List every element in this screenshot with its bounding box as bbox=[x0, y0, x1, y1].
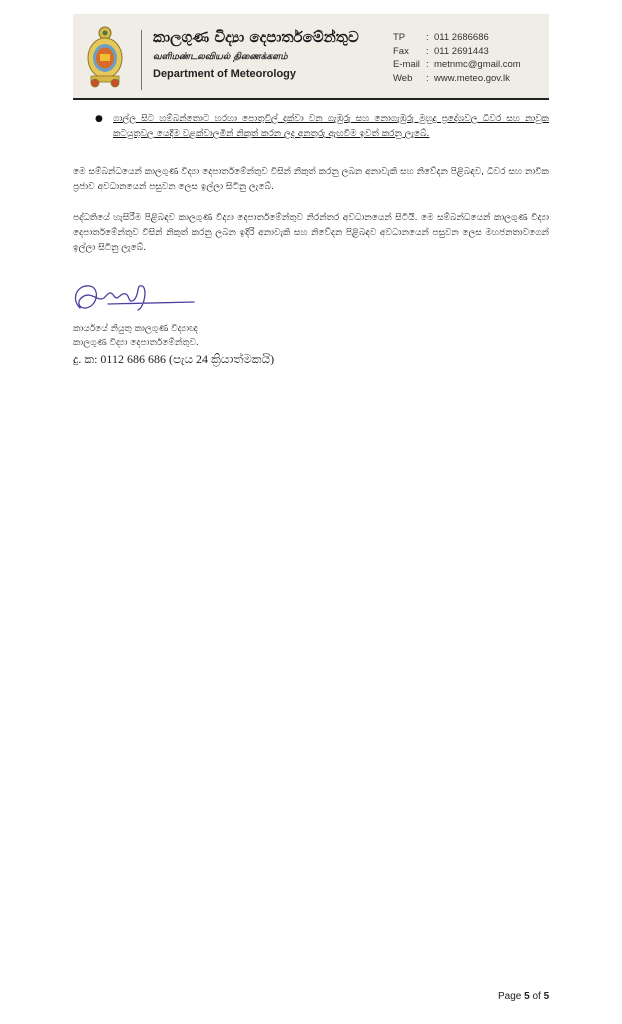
contact-label: Fax bbox=[393, 45, 426, 59]
contact-email: E-mail : metnmc@gmail.com bbox=[393, 58, 521, 72]
contact-value[interactable]: metnmc@gmail.com bbox=[434, 58, 521, 72]
contact-details: TP : 011 2686686 Fax : 011 2691443 E-mai… bbox=[393, 31, 521, 85]
contact-label: TP bbox=[393, 31, 426, 45]
page-of: of bbox=[532, 991, 540, 1002]
contact-separator: : bbox=[426, 72, 434, 86]
page-number: Page 5 of 5 bbox=[498, 991, 549, 1002]
letterhead-divider bbox=[141, 30, 142, 90]
signatory-phone: දු. ක: 0112 686 686 (පැය 24 ක්‍රියාත්මකය… bbox=[73, 350, 274, 368]
contact-label: Web bbox=[393, 72, 426, 86]
contact-web: Web : www.meteo.gov.lk bbox=[393, 72, 521, 86]
organization-names: කාලගුණ විද්‍යා දෙපාර්තමේන්තුව வளிமண்டலவி… bbox=[153, 28, 359, 80]
paragraph-advisory: මෙ සම්බන්ධයෙන් කාලගුණ විද්‍යා දෙපාර්තමේන… bbox=[73, 165, 549, 195]
bullet-icon: ● bbox=[95, 112, 103, 142]
signatory-title: කාර්යයේ නියුතු කාලගුණ විද්‍යාඥ bbox=[73, 322, 274, 336]
page-prefix: Page bbox=[498, 991, 521, 1002]
paragraph-monitoring: පද්ධතියේ හැසිරීම පිළිබඳව කාලගුණ විද්‍යා … bbox=[73, 211, 549, 256]
handwritten-signature-icon bbox=[68, 278, 198, 320]
sri-lanka-national-emblem-icon bbox=[85, 24, 125, 90]
page-current: 5 bbox=[524, 991, 530, 1002]
org-name-english: Department of Meteorology bbox=[153, 68, 359, 80]
page-total: 5 bbox=[544, 991, 550, 1002]
contact-fax: Fax : 011 2691443 bbox=[393, 45, 521, 59]
org-name-sinhala: කාලගුණ විද්‍යා දෙපාර්තමේන්තුව bbox=[153, 28, 359, 46]
contact-separator: : bbox=[426, 31, 434, 45]
contact-separator: : bbox=[426, 45, 434, 59]
signatory-department: කාලගුණ විද්‍යා දෙපාර්තමේන්තුව. bbox=[73, 336, 274, 350]
contact-tp: TP : 011 2686686 bbox=[393, 31, 521, 45]
signatory-block: කාර්යයේ නියුතු කාලගුණ විද්‍යාඥ කාලගුණ වි… bbox=[73, 322, 274, 368]
letterhead: කාලගුණ විද්‍යා දෙපාර්තමේන්තුව வளிமண்டலவி… bbox=[73, 14, 549, 100]
contact-value: 011 2691443 bbox=[434, 45, 489, 59]
bullet-text: ගාල්ල සිට හම්බන්තොට හරහා පොතුවිල් දක්වා … bbox=[113, 112, 549, 142]
org-name-tamil: வளிமண்டலவியல் திணைக்களம் bbox=[153, 52, 359, 63]
contact-separator: : bbox=[426, 58, 434, 72]
contact-value: 011 2686686 bbox=[434, 31, 489, 45]
contact-label: E-mail bbox=[393, 58, 426, 72]
contact-value[interactable]: www.meteo.gov.lk bbox=[434, 72, 510, 86]
warning-bullet: ● ගාල්ල සිට හම්බන්තොට හරහා පොතුවිල් දක්ව… bbox=[73, 112, 549, 142]
